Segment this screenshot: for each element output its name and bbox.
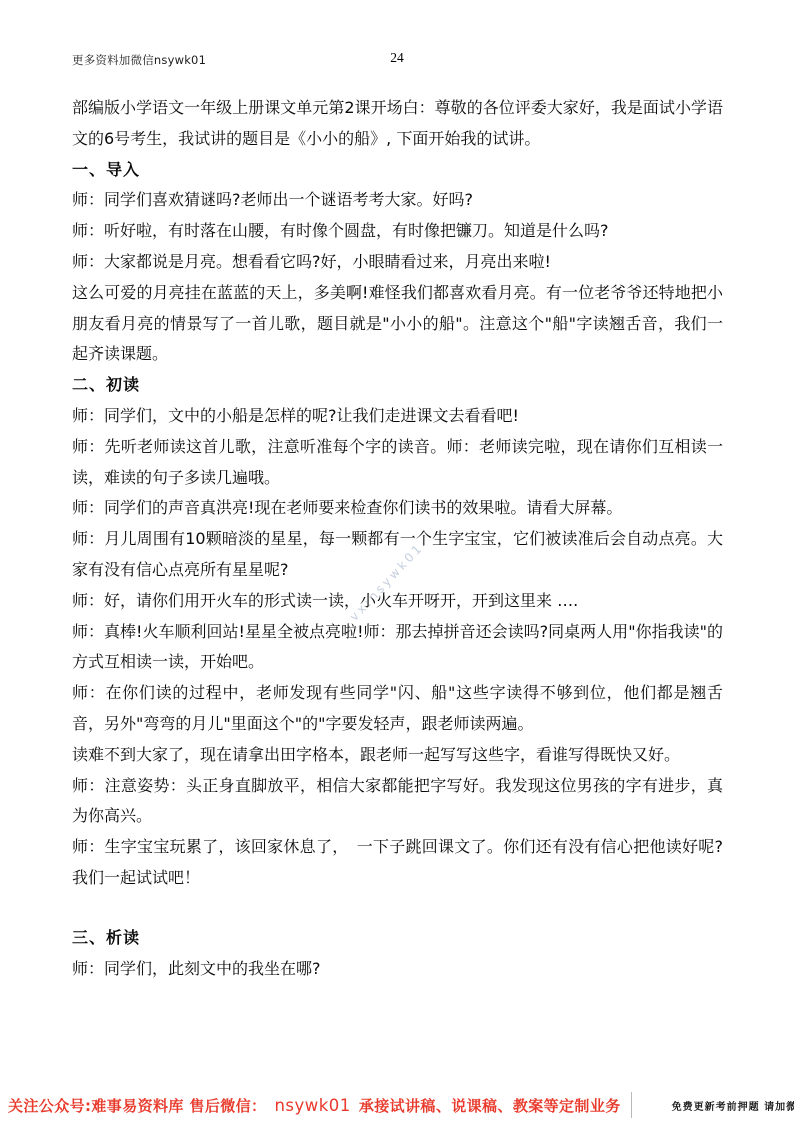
paragraph: 部编版小学语文一年级上册课文单元第2课开场白：尊敬的各位评委大家好，我是面试小学…	[72, 93, 723, 155]
paragraph: 师：听好啦，有时落在山腰，有时像个圆盘，有时像把镰刀。知道是什么吗?	[72, 216, 723, 247]
paragraph: 师：注意姿势：头正身直脚放平，相信大家都能把字写好。我发现这位男孩的字有进步，真…	[72, 771, 723, 833]
paragraph: 这么可爱的月亮挂在蓝蓝的天上，多美啊!难怪我们都喜欢看月亮。有一位老爷爷还特地把…	[72, 278, 723, 370]
paragraph: 师：真棒!火车顺利回站!星星全被点亮啦!师：那去掉拼音还会读吗?同桌两人用"你指…	[72, 617, 723, 679]
document-page: 更多资料加微信nsywk01 24 vx:nsywk01 部编版小学语文一年级上…	[0, 0, 794, 1122]
footer-wechat-id: nsywk01	[266, 1096, 358, 1115]
paragraph: 师：同学们的声音真洪亮!现在老师要来检查你们读书的效果啦。请看大屏幕。	[72, 493, 723, 524]
paragraph: 师：同学们，文中的小船是怎样的呢?让我们走进课文去看看吧!	[72, 401, 723, 432]
paragraph: 师：同学们，此刻文中的我坐在哪?	[72, 954, 723, 985]
page-number: 24	[0, 50, 794, 66]
footer-promo-prefix: 关注公众号:难事易资料库 售后微信：	[8, 1097, 266, 1115]
paragraph: 师：在你们读的过程中，老师发现有些同学"闪、船"这些字读得不够到位，他们都是翘舌…	[72, 678, 723, 740]
paragraph: 师：同学们喜欢猜谜吗?老师出一个谜语考考大家。好吗?	[72, 185, 723, 216]
paragraph: 师：大家都说是月亮。想看看它吗?好，小眼睛看过来，月亮出来啦!	[72, 247, 723, 278]
section-heading: 二、初读	[72, 370, 723, 401]
document-body: 部编版小学语文一年级上册课文单元第2课开场白：尊敬的各位评委大家好，我是面试小学…	[72, 93, 723, 984]
paragraph: 读难不到大家了，现在请拿出田字格本，跟老师一起写写这些字，看谁写得既快又好。	[72, 740, 723, 771]
page-footer: 关注公众号:难事易资料库 售后微信：nsywk01承接试讲稿、说课稿、教案等定制…	[0, 1088, 794, 1122]
section-heading: 三、析读	[72, 923, 723, 954]
section-heading: 一、导入	[72, 155, 723, 186]
footer-divider	[631, 1092, 632, 1118]
paragraph: 师：好，请你们用开火车的形式读一读，小火车开呀开，开到这里来 ….	[72, 586, 723, 617]
paragraph: 师：先听老师读这首儿歌，注意听准每个字的读音。师：老师读完啦，现在请你们互相读一…	[72, 432, 723, 494]
footer-promo-suffix: 承接试讲稿、说课稿、教案等定制业务	[359, 1097, 621, 1115]
paragraph: 师：月儿周围有10颗暗淡的星星，每一颗都有一个生字宝宝，它们被读准后会自动点亮。…	[72, 524, 723, 586]
footer-note: 免费更新考前押题 请加微信	[672, 1098, 794, 1113]
page-header: 更多资料加微信nsywk01 24	[0, 50, 794, 70]
paragraph: 师：生字宝宝玩累了，该回家休息了， 一下子跳回课文了。你们还有没有信心把他读好呢…	[72, 832, 723, 894]
footer-promo-banner: 关注公众号:难事易资料库 售后微信：nsywk01承接试讲稿、说课稿、教案等定制…	[8, 1095, 621, 1116]
